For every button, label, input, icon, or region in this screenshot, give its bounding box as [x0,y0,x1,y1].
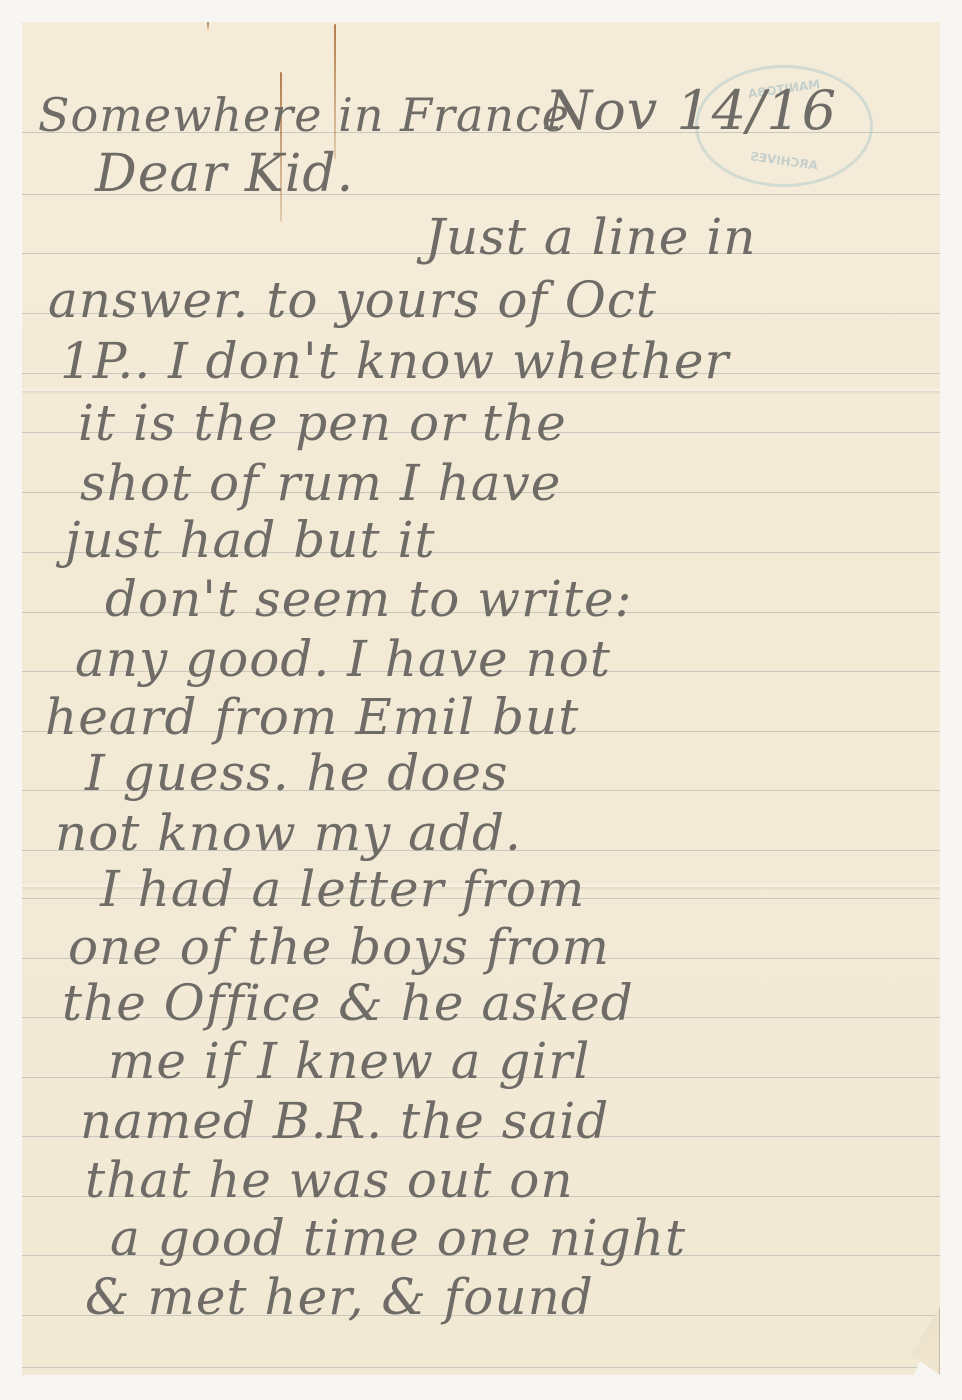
letter-date: Nov 14/16 [545,84,837,138]
body-line-11: not know my add. [55,808,522,858]
ruled-line [22,1367,940,1368]
body-line-13: one of the boys from [68,922,610,972]
body-line-15: me if I knew a girl [108,1036,590,1086]
body-line-10: I guess. he does [85,748,509,798]
body-line-5: shot of rum I have [80,458,561,508]
body-line-12: I had a letter from [100,864,585,914]
rust-stain [207,22,209,30]
body-line-6: just had but it [65,515,436,565]
body-line-9: heard from Emil but [45,692,579,742]
body-line-14: the Office & he asked [62,978,634,1028]
body-line-4: it is the pen or the [78,398,567,448]
body-line-2: answer. to yours of Oct [48,275,657,325]
body-line-8: any good. I have not [75,634,611,684]
body-line-7: don't seem to write: [105,574,633,624]
serrated-top-edge [22,16,940,24]
body-line-16: named B.R. the said [80,1096,609,1146]
body-line-1: Just a line in [425,212,756,262]
body-line-3: 1P.. I don't know whether [60,336,729,386]
body-line-18: a good time one night [110,1213,686,1263]
salutation: Dear Kid. [95,148,354,200]
body-line-17: that he was out on [85,1155,574,1205]
body-line-19: & met her, & found [85,1272,594,1322]
letter-place: Somewhere in France [38,92,570,138]
